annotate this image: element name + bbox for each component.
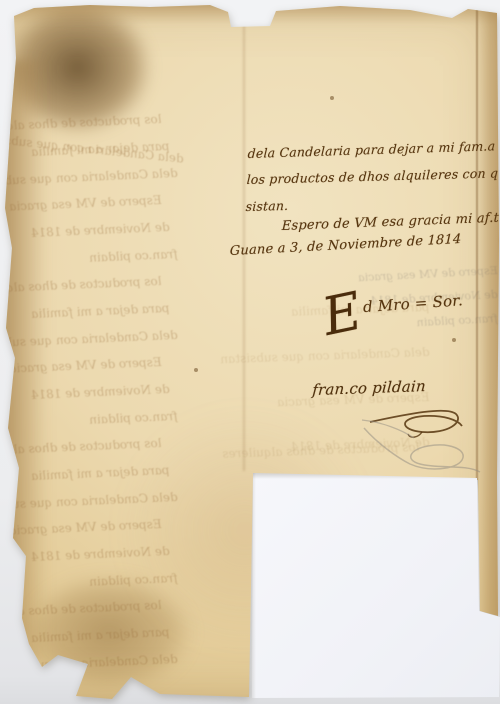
- valediction-text: d Mro = Sor.: [362, 291, 463, 316]
- showthrough-line: dela Candelaria con que subsistan: [0, 490, 178, 513]
- showthrough-line: dela Candelaria con que subsistan: [0, 130, 185, 166]
- showthrough-line: fran.co pildain: [89, 571, 178, 589]
- missing-paper-cutout: [250, 471, 500, 704]
- showthrough-line: Espero de VM esa gracia: [9, 517, 162, 538]
- showthrough-line: los productos de dhos alquileres: [0, 436, 162, 459]
- showthrough-line: los productos de dhos alquileres: [0, 598, 162, 621]
- showthrough-line: dela Candelaria con que subsistan: [220, 345, 430, 366]
- valediction-initial-flourish: E: [320, 291, 366, 338]
- pencil-scribble: [358, 414, 488, 484]
- manuscript-photograph: los productos de dhos alquilerespara dej…: [0, 0, 500, 704]
- showthrough-line: para dejar a mi familia: [31, 301, 170, 321]
- showthrough-line: Espero de VM esa gracia: [9, 193, 162, 214]
- showthrough-line: los productos de dhos alquileres: [222, 440, 420, 461]
- ink-fleck: [452, 338, 456, 342]
- showthrough-line: dela Candelaria con que subsistan: [0, 328, 178, 351]
- signature-text: fran.co pildain: [312, 377, 427, 399]
- showthrough-line: fran.co pildain: [89, 247, 178, 265]
- ink-fleck: [330, 96, 334, 100]
- showthrough-line: de Noviembre de 1814: [290, 435, 430, 454]
- showthrough-line: dela Candelaria con que subsistan: [0, 166, 178, 189]
- stain-top-edge: [0, 0, 500, 24]
- showthrough-line: fran.co pildain: [89, 409, 178, 427]
- showthrough-line: para dejar a mi familia: [31, 463, 170, 483]
- showthrough-line: los productos de dhos alquileres: [0, 274, 162, 297]
- stain-right-edge: [477, 0, 500, 620]
- letter-dateline: Guane a 3, de Noviembre de 1814: [230, 232, 462, 259]
- fold-crease-center: [243, 6, 245, 471]
- showthrough-line: los productos de dhos alquileres: [0, 112, 162, 135]
- letter-request-line: Espero de VM esa gracia mi af.to: [282, 210, 500, 234]
- showthrough-line: de Noviembre de 1814: [30, 382, 170, 402]
- showthrough-line: para dejar a mi familia: [31, 139, 170, 159]
- signature-rubric-flourish: [352, 392, 472, 442]
- letter-valediction: Ed Mro = Sor.: [322, 286, 465, 336]
- showthrough-line: Espero de VM esa gracia: [358, 264, 498, 284]
- stain-left-edge: [0, 60, 46, 660]
- showthrough-line: de Noviembre de 1814: [30, 544, 170, 564]
- letter-body-line: dela Candelaria para dejar a mi fam.a: [247, 138, 495, 161]
- letter-body-line: sistan.: [245, 198, 288, 214]
- showthrough-line: para dejar a mi familia: [31, 625, 170, 645]
- showthrough-line: de Noviembre de 1814: [30, 220, 170, 240]
- ink-fleck: [194, 368, 198, 372]
- stain-top-left: [0, 0, 175, 155]
- stain-bottom-left: [4, 560, 214, 704]
- letter-body-line: los productos de dhos alquileres con q.e…: [246, 164, 500, 187]
- showthrough-line: Espero de VM esa gracia: [9, 355, 162, 376]
- showthrough-line: dela Candelaria con que subsistan: [0, 652, 178, 675]
